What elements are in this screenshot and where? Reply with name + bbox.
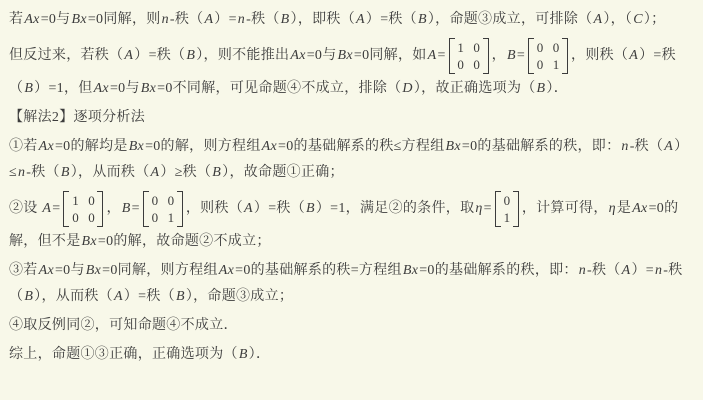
- matrix-cell: 1: [167, 209, 175, 226]
- matrix-cell: 1: [457, 39, 465, 56]
- math-variable: n: [237, 12, 246, 27]
- matrix-cell: 1: [552, 56, 560, 73]
- text-run: =0的基础解系的秩，即：: [462, 139, 621, 154]
- text-run: =: [52, 201, 60, 216]
- math-variable: n: [578, 263, 587, 278]
- math-variable: Bx: [402, 263, 419, 278]
- math-variable: Ax: [93, 81, 110, 96]
- text-run: ），（: [603, 12, 632, 27]
- text-run: =: [484, 201, 492, 216]
- math-variable: n: [654, 263, 663, 278]
- math-variable: Ax: [23, 12, 40, 27]
- math-variable: n: [161, 12, 170, 27]
- text-run: ①若: [9, 139, 38, 154]
- math-variable: η: [474, 201, 483, 216]
- math-variable: B: [60, 165, 71, 180]
- matrix-cell: 0: [87, 192, 95, 209]
- text-run: =: [132, 201, 140, 216]
- math-variable: Bx: [70, 12, 87, 27]
- math-variable: A: [203, 12, 214, 27]
- text-run: ，则秩（: [571, 48, 628, 63]
- text-run: =0与: [307, 48, 337, 63]
- text-run: =0同解，则: [88, 12, 161, 27]
- math-variable: B: [280, 12, 291, 27]
- text-run: ）≥秩（: [160, 165, 211, 180]
- matrix: 0001: [528, 37, 568, 75]
- text-run: ），从而秩（: [71, 165, 150, 180]
- text-run: 【解法2】逐项分析法: [9, 110, 145, 125]
- matrix-cell: 0: [151, 192, 159, 209]
- text-run: =0不同解，可见命题④不成立，排除（: [157, 81, 401, 96]
- matrix-row: 00: [457, 56, 481, 73]
- matrix-row: 00: [71, 209, 95, 226]
- text-run: =0的解均是: [55, 139, 128, 154]
- text-run: =: [437, 48, 445, 63]
- matrix-row: 10: [71, 192, 95, 209]
- math-variable: Ax: [218, 263, 235, 278]
- matrix: 1000: [63, 190, 103, 228]
- math-variable: B: [238, 347, 249, 362]
- math-variable: η: [608, 201, 617, 216]
- matrix-cell: 0: [167, 192, 175, 209]
- math-variable: Bx: [128, 139, 145, 154]
- document-page: 若Ax=0与Bx=0同解，则n-秩（A）=n-秩（B），即秩（A）=秩（B），命…: [0, 0, 703, 368]
- matrix-cell: 0: [151, 209, 159, 226]
- math-variable: B: [506, 48, 517, 63]
- matrix-row: 01: [151, 209, 175, 226]
- math-variable: A: [113, 289, 124, 304]
- matrix-cell: 0: [87, 209, 95, 226]
- math-variable: B: [23, 289, 34, 304]
- matrix-cell: 1: [71, 192, 79, 209]
- text-run: ），命题③成立，可排除（: [428, 12, 593, 27]
- math-variable: A: [592, 12, 603, 27]
- text-run: ），则不能推出: [196, 48, 289, 63]
- math-variable: n: [620, 139, 629, 154]
- text-run: ）=1，满足②的条件，取: [316, 201, 475, 216]
- math-variable: D: [401, 81, 413, 96]
- text-run: =0与: [110, 81, 140, 96]
- para-item-1: ①若Ax=0的解均是Bx=0的解，则方程组Ax=0的基础解系的秩≤方程组Bx=0…: [9, 134, 694, 186]
- math-variable: A: [150, 165, 161, 180]
- para-item-3: ③若Ax=0与Bx=0同解，则方程组Ax=0的基础解系的秩=方程组Bx=0的基础…: [9, 258, 694, 310]
- text-run: ）=秩（: [134, 48, 185, 63]
- text-run: ，: [492, 48, 506, 63]
- math-variable: Ax: [38, 139, 55, 154]
- para-conclusion: 综上，命题①③正确，正确选项为（B）．: [9, 342, 694, 368]
- text-run: ②设: [9, 201, 41, 216]
- para-item-2: ②设 A=1000，B=0001，则秩（A）=秩（B）=1，满足②的条件，取η=…: [9, 189, 694, 255]
- math-variable: Bx: [337, 48, 354, 63]
- matrix-cell: 0: [552, 39, 560, 56]
- text-run: 但反过来，若秩（: [9, 48, 123, 63]
- math-variable: n: [17, 165, 26, 180]
- para-elimination: 若Ax=0与Bx=0同解，则n-秩（A）=n-秩（B），即秩（A）=秩（B），命…: [9, 7, 694, 33]
- text-run: ）=1，但: [34, 81, 92, 96]
- text-run: ）；: [644, 12, 666, 27]
- text-run: ），从而秩（: [34, 289, 113, 304]
- math-variable: A: [41, 201, 52, 216]
- math-variable: B: [23, 81, 34, 96]
- math-variable: Bx: [81, 234, 98, 249]
- math-variable: A: [427, 48, 438, 63]
- text-run: -秩（: [246, 12, 280, 27]
- math-variable: A: [123, 48, 134, 63]
- text-run: =0同解，则方程组: [102, 263, 218, 278]
- text-run: ）=: [631, 263, 654, 278]
- matrix-row: 00: [151, 192, 175, 209]
- text-run: 综上，命题①③正确，正确选项为（: [9, 347, 238, 362]
- text-run: ，: [106, 201, 120, 216]
- matrix-row: 10: [457, 39, 481, 56]
- matrix-row: 01: [536, 56, 560, 73]
- text-run: =0的解，则方程组: [145, 139, 261, 154]
- text-run: =0与: [41, 12, 71, 27]
- math-variable: Ax: [631, 201, 648, 216]
- math-variable: A: [663, 139, 674, 154]
- math-variable: Ax: [289, 48, 306, 63]
- text-run: ）=秩（: [254, 201, 305, 216]
- text-run: ），命题③成立；: [186, 289, 293, 304]
- text-run: ③若: [9, 263, 38, 278]
- math-variable: B: [211, 165, 222, 180]
- math-variable: Bx: [445, 139, 462, 154]
- text-run: -秩（: [170, 12, 204, 27]
- text-run: -秩（: [587, 263, 621, 278]
- math-variable: A: [243, 201, 254, 216]
- math-variable: B: [185, 48, 196, 63]
- matrix-row: 1: [503, 209, 511, 226]
- text-run: -秩（: [630, 139, 664, 154]
- matrix-cell: 0: [473, 56, 481, 73]
- math-variable: B: [175, 289, 186, 304]
- text-run: =0的基础解系的秩≤方程组: [278, 139, 444, 154]
- matrix-row: 0: [503, 192, 511, 209]
- para-converse: 但反过来，若秩（A）=秩（B），则不能推出Ax=0与Bx=0同解，如A=1000…: [9, 36, 694, 102]
- text-run: =0的解，故命题②不成立；: [98, 234, 271, 249]
- math-variable: A: [621, 263, 632, 278]
- text-run: ），故正确选项为（: [414, 81, 536, 96]
- matrix-cell: 0: [536, 39, 544, 56]
- text-run: ）=秩（: [124, 289, 175, 304]
- text-run: ），故命题①正确；: [222, 165, 344, 180]
- text-run: 是: [617, 201, 631, 216]
- matrix-cell: 1: [503, 209, 511, 226]
- matrix: 01: [495, 190, 519, 228]
- text-run: =0同解，如: [354, 48, 427, 63]
- text-run: ，计算可得，: [522, 201, 608, 216]
- text-run: =0的基础解系的秩，即：: [419, 263, 578, 278]
- math-variable: C: [632, 12, 644, 27]
- matrix-row: 00: [536, 39, 560, 56]
- matrix-cell: 0: [457, 56, 465, 73]
- text-run: -秩（: [26, 165, 60, 180]
- text-run: =0的基础解系的秩=方程组: [235, 263, 402, 278]
- matrix-cell: 0: [71, 209, 79, 226]
- matrix: 1000: [449, 37, 489, 75]
- text-run: 若: [9, 12, 23, 27]
- text-run: ）．: [546, 81, 568, 96]
- math-variable: Bx: [85, 263, 102, 278]
- text-run: ），即秩（: [291, 12, 356, 27]
- math-variable: Bx: [140, 81, 157, 96]
- math-variable: B: [536, 81, 547, 96]
- math-variable: B: [121, 201, 132, 216]
- text-run: =0与: [55, 263, 85, 278]
- text-run: ，则秩（: [186, 201, 243, 216]
- text-run: ）．: [249, 347, 271, 362]
- text-run: ）=: [214, 12, 237, 27]
- text-run: =: [517, 48, 525, 63]
- matrix-cell: 0: [503, 192, 511, 209]
- math-variable: B: [305, 201, 316, 216]
- math-variable: Ax: [38, 263, 55, 278]
- para-method2-header: 【解法2】逐项分析法: [9, 105, 694, 131]
- matrix-cell: 0: [473, 39, 481, 56]
- text-run: ）=秩（: [366, 12, 417, 27]
- math-variable: B: [417, 12, 428, 27]
- math-variable: A: [628, 48, 639, 63]
- para-item-4: ④取反例同②，可知命题④不成立．: [9, 313, 694, 339]
- math-variable: Ax: [261, 139, 278, 154]
- text-run: ④取反例同②，可知命题④不成立．: [9, 318, 238, 333]
- matrix: 0001: [143, 190, 183, 228]
- matrix-cell: 0: [536, 56, 544, 73]
- math-variable: A: [355, 12, 366, 27]
